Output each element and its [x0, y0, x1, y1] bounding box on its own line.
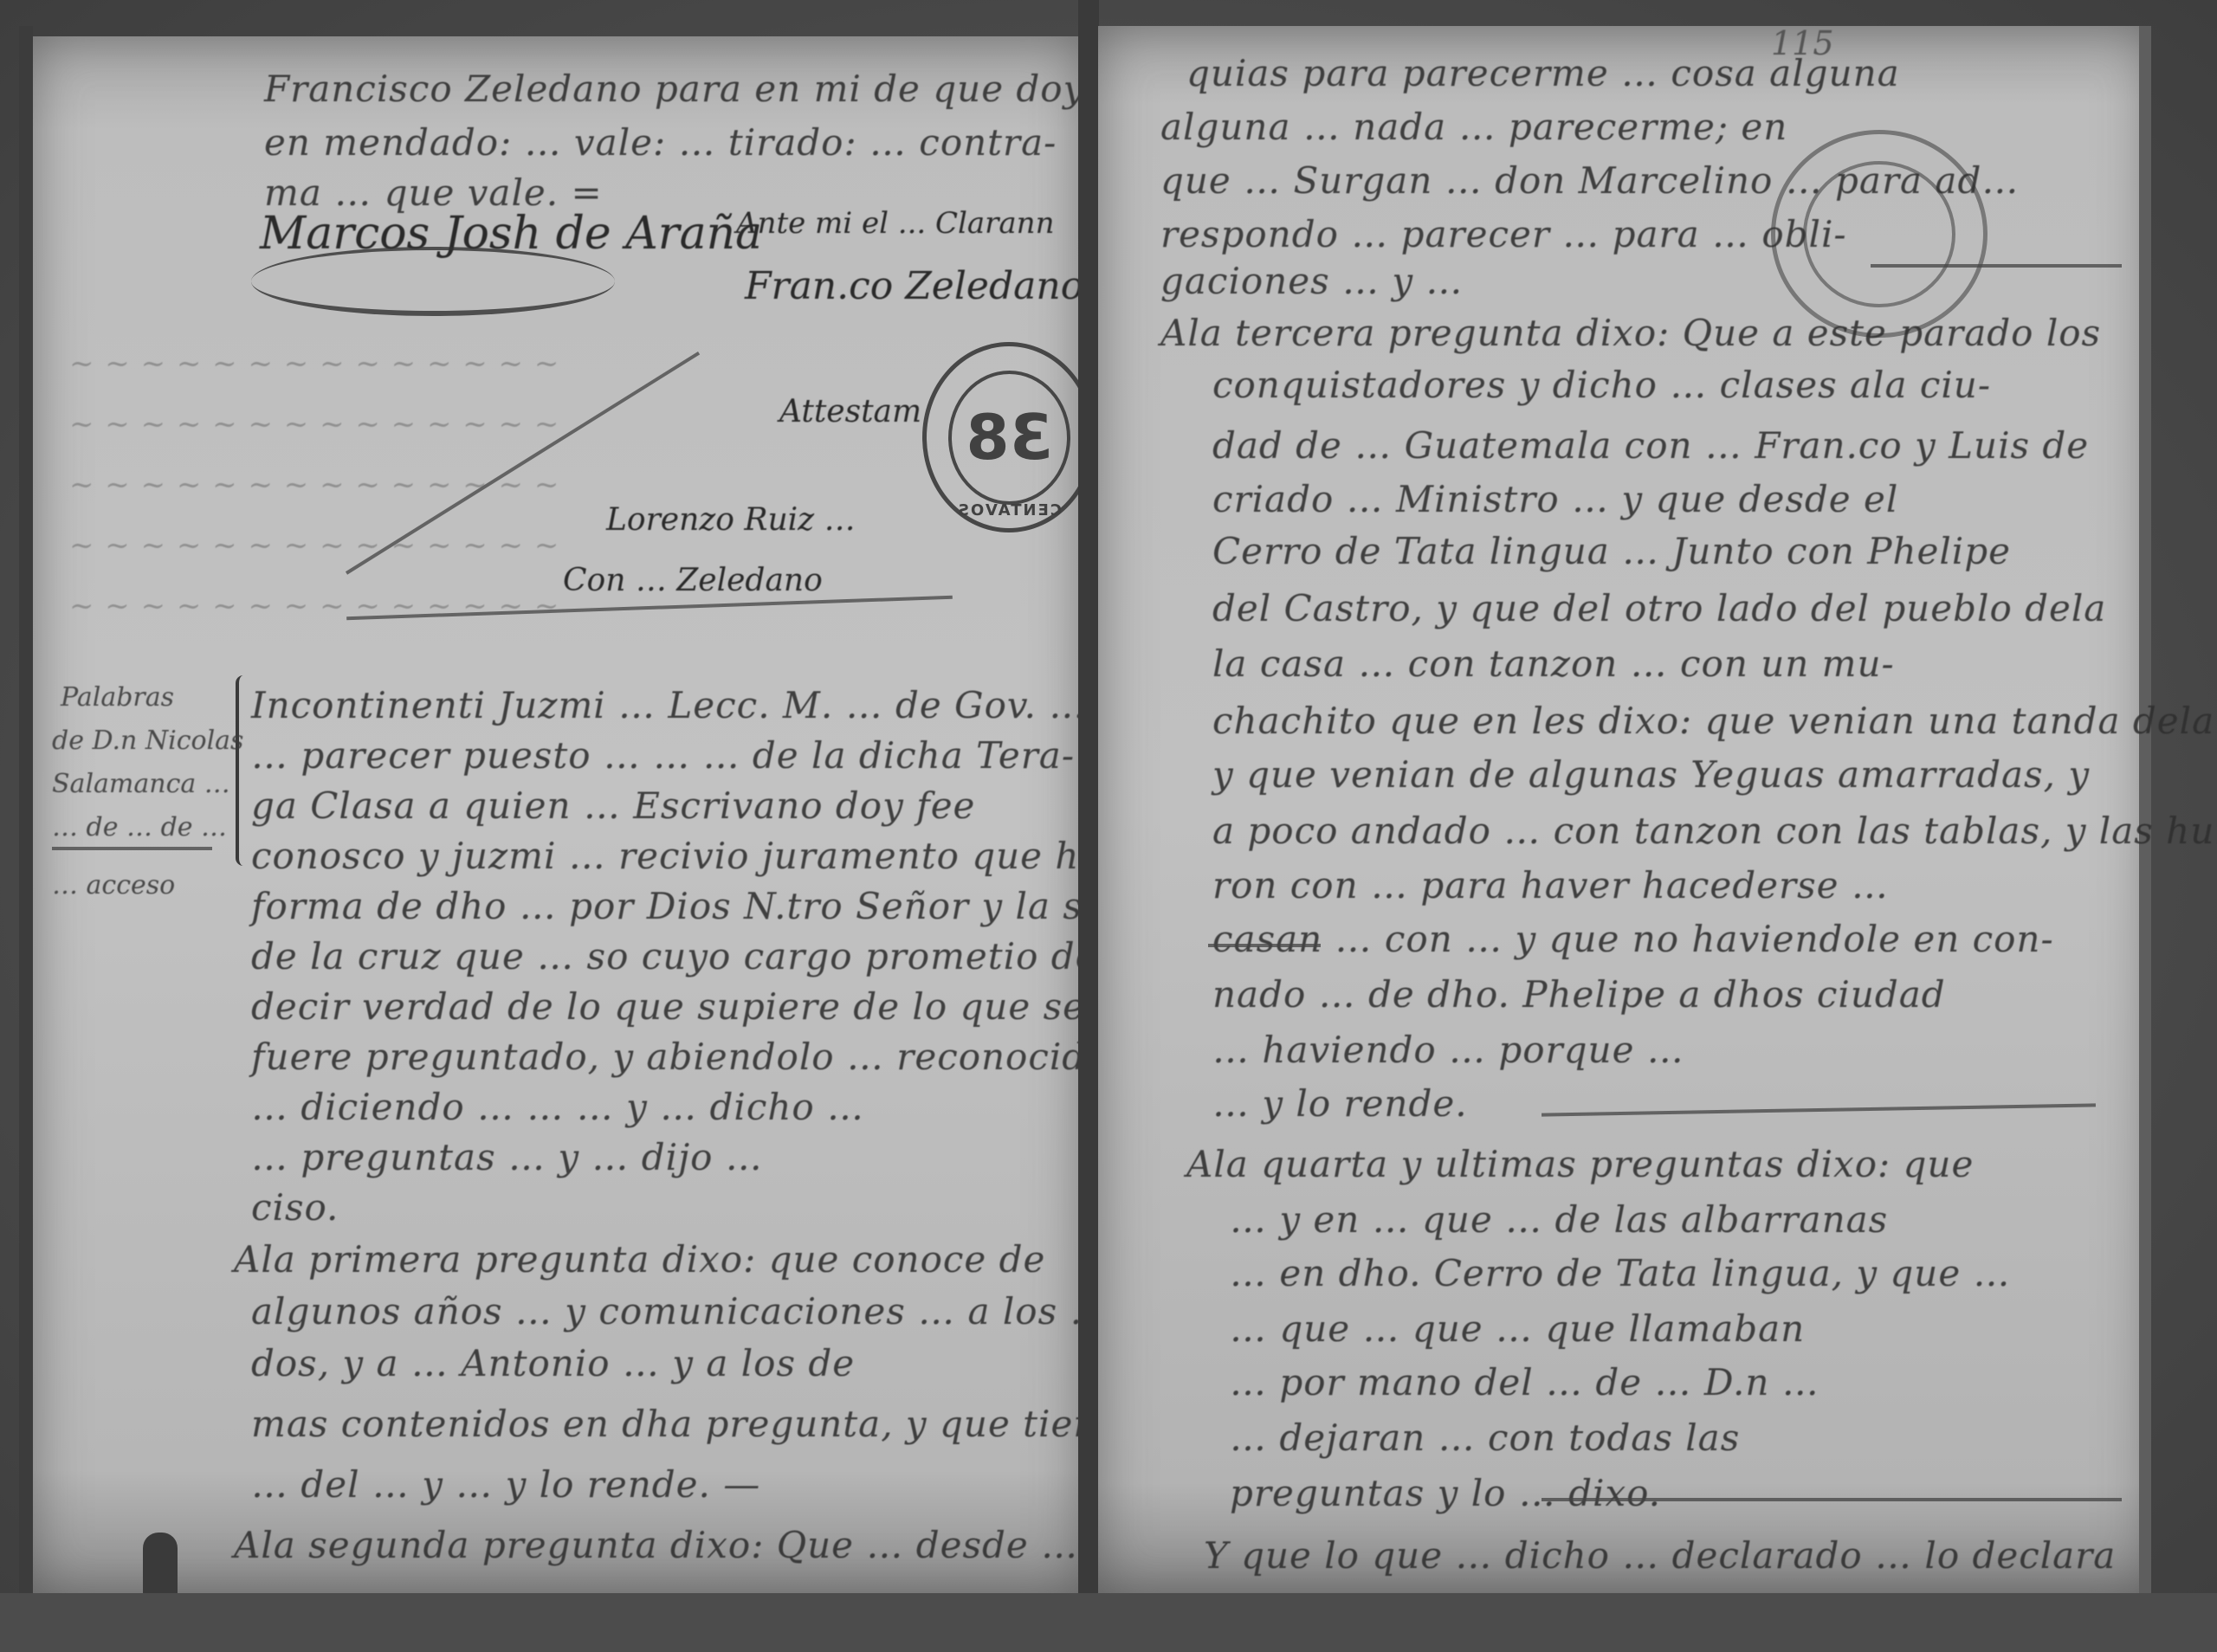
right-body-line: Y que lo que … dicho … declarado … lo de…: [1204, 1534, 2116, 1577]
signature-right-bottom: Fran.co Zeledano: [745, 264, 1083, 308]
left-body-line: forma de dho … por Dios N.tro Señor y la…: [251, 885, 1164, 927]
right-body-line: y que venian de algunas Yeguas amarradas…: [1212, 753, 2090, 796]
right-body-line: chachito que en les dixo: que venian una…: [1212, 700, 2214, 742]
page-gutter: [1078, 0, 1099, 1652]
signature-flourish-icon: [251, 247, 615, 316]
right-body-line: preguntas y lo … dixo.: [1230, 1472, 1661, 1514]
left-body-line: conosco y juzmi … recivio juramento que …: [251, 835, 1194, 877]
left-body-line: fuere preguntado, y abiendolo … reconoci…: [251, 1036, 1108, 1078]
right-body-line: que … Surgan … don Marcelino … para ad…: [1160, 159, 2019, 202]
stamp-text: CENTAVOS: [956, 501, 1062, 519]
left-body-line: dos, y a … Antonio … y a los de: [251, 1342, 855, 1384]
margin-note-line-3: Salamanca …: [52, 769, 230, 799]
right-body-line: casan … con … y que no haviendole en con…: [1212, 918, 2054, 960]
margin-note-line-5: … acceso: [52, 870, 175, 900]
right-body-line: … y lo rende.: [1212, 1082, 1468, 1125]
middle-signature-2: Lorenzo Ruiz …: [606, 502, 856, 538]
right-body-line: del Castro, y que del otro lado del pueb…: [1212, 587, 2106, 629]
left-header-line-1: Francisco Zeledano para en mi de que doy…: [264, 68, 1212, 110]
left-body-line: Ala primera pregunta dixo: que conoce de: [234, 1238, 1045, 1281]
right-body-line: … en dho. Cerro de Tata lingua, y que …: [1230, 1252, 2011, 1294]
right-body-line: Ala quarta y ultimas preguntas dixo: que: [1186, 1143, 1974, 1185]
right-body-line: la casa … con tanzon … con un mu-: [1212, 642, 1895, 685]
left-body-line: ciso.: [251, 1186, 339, 1229]
right-body-line: … y en … que … de las albarranas: [1230, 1198, 1888, 1241]
margin-note-line-2: de D.n Nicolas: [52, 726, 243, 756]
right-body-line: Ala tercera pregunta dixo: Que a este pa…: [1160, 312, 2101, 354]
signature-right-top: Ante mi el ... Clarann: [736, 206, 1054, 241]
right-body-line: nado … de dho. Phelipe a dhos ciudad: [1212, 973, 1946, 1016]
right-body-line: a poco andado … con tanzon con las tabla…: [1212, 810, 2217, 852]
right-body-line: conquistadores y dicho … clases ala ciu-: [1212, 364, 1991, 406]
right-body-line: … por mano del … de … D.n …: [1230, 1361, 1819, 1404]
margin-note-underline: [52, 847, 212, 850]
bleedthrough-text: ~ ~ ~ ~ ~ ~ ~ ~ ~ ~ ~ ~ ~ ~: [69, 589, 559, 623]
right-body-line: Cerro de Tata lingua … Junto con Phelipe: [1212, 530, 2011, 572]
book-left-edge: [19, 26, 33, 1610]
right-body-line: … que … que … que llamaban: [1230, 1307, 1805, 1350]
right-body-line: dad de … Guatemala con … Fran.co y Luis …: [1212, 424, 2089, 467]
right-body-line: criado … Ministro … y que desde el: [1212, 478, 1898, 520]
line-end-rule: [1871, 264, 2122, 268]
line-end-rule: [1542, 1498, 2122, 1501]
left-body-line: … del … y … y lo rende. —: [251, 1463, 760, 1506]
right-body-line: ron con … para haver hacederse …: [1212, 864, 1889, 907]
tax-stamp: 38 CENTAVOS: [922, 342, 1096, 532]
margin-bracket: [236, 675, 251, 866]
right-body-line: … haviendo … porque …: [1212, 1029, 1684, 1071]
scan-bottom-border: [0, 1593, 2217, 1652]
stamp-value: 38: [948, 371, 1070, 505]
left-body-line: mas contenidos en dha pregunta, y que ti…: [251, 1403, 1120, 1445]
left-body-line: … preguntas … y … dijo …: [251, 1136, 763, 1178]
margin-note-line-4: … de … de …: [52, 812, 227, 842]
left-body-line: ga Clasa a quien … Escrivano doy fee: [251, 784, 975, 827]
right-body-line: quias para parecerme … cosa alguna: [1186, 52, 1900, 94]
left-body-line: decir verdad de lo que supiere de lo que…: [251, 985, 1120, 1028]
left-body-line: … parecer puesto … … … de la dicha Tera-: [251, 734, 1075, 777]
right-body-line: gaciones … y …: [1160, 260, 1463, 302]
left-body-line: de la cruz que … so cuyo cargo prometio …: [251, 935, 1097, 978]
right-body-line: respondo … parecer … para … obli-: [1160, 213, 1847, 255]
left-body-line: Ala segunda pregunta dixo: Que … desde …: [234, 1524, 1078, 1566]
right-body-line: … dejaran … con todas las: [1230, 1416, 1740, 1459]
middle-signature-3: Con … Zeledano: [563, 563, 823, 598]
middle-signature-1: Attestam: [779, 394, 921, 429]
right-body-line: alguna … nada … parecerme; en: [1160, 106, 1787, 148]
margin-note-line-1: Palabras: [61, 682, 174, 713]
left-body-line: Incontinenti Juzmi … Lecc. M. … de Gov. …: [251, 684, 1186, 726]
underline: [1208, 944, 1321, 947]
bleedthrough-text: ~ ~ ~ ~ ~ ~ ~ ~ ~ ~ ~ ~ ~ ~: [69, 346, 559, 381]
left-body-line: … diciendo … … … y … dicho …: [251, 1086, 864, 1128]
bleedthrough-text: ~ ~ ~ ~ ~ ~ ~ ~ ~ ~ ~ ~ ~ ~: [69, 528, 559, 563]
bleedthrough-text: ~ ~ ~ ~ ~ ~ ~ ~ ~ ~ ~ ~ ~ ~: [69, 407, 559, 442]
left-header-line-2: en mendado: … vale: … tirado: … contra-: [264, 121, 1057, 164]
